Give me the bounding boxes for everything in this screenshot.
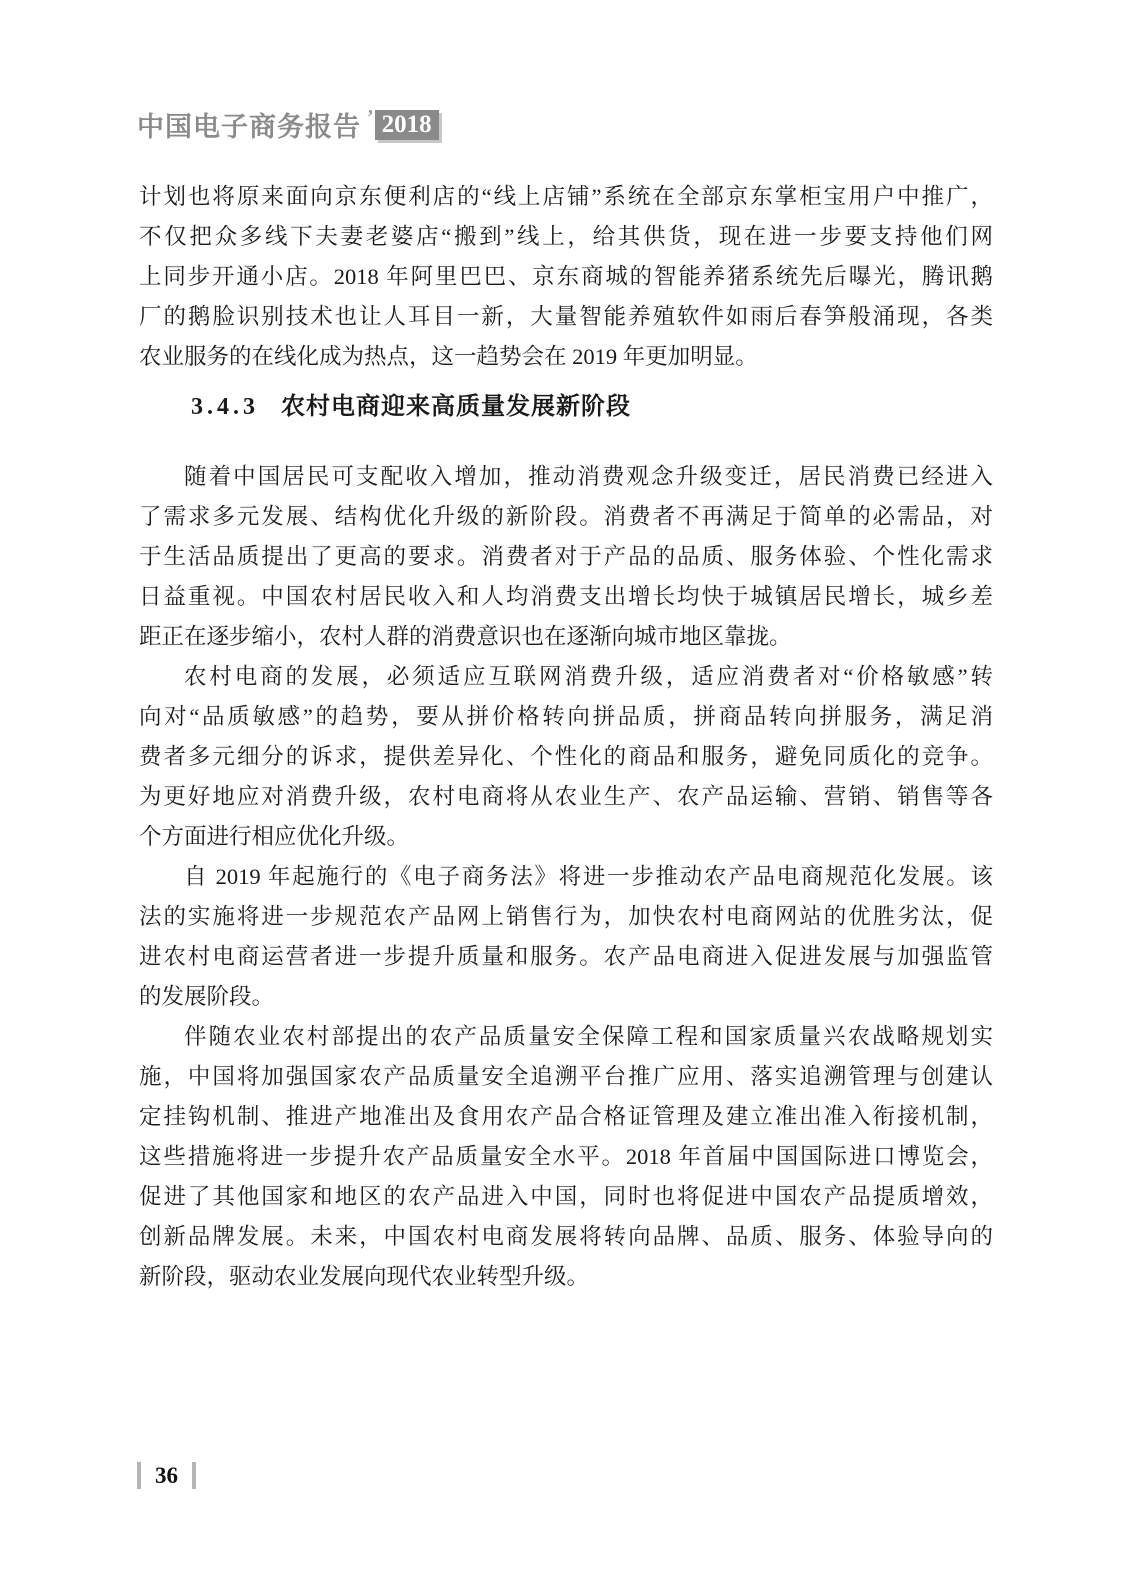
text-line: 促进了其他国家和地区的农产品进入中国，同时也将促进中国农产品提质增效， (139, 1177, 993, 1217)
text-line: 于生活品质提出了更高的要求。消费者对于产品的品质、服务体验、个性化需求 (139, 537, 993, 577)
text-line: 厂的鹅脸识别技术也让人耳目一新，大量智能养殖软件如雨后春笋般涌现，各类 (139, 297, 993, 337)
text-line: 费者多元细分的诉求，提供差异化、个性化的商品和服务，避免同质化的竞争。 (139, 737, 993, 777)
page-body: 计划也将原来面向京东便利店的“线上店铺”系统在全部京东掌柜宝用户中推广， 不仅把… (139, 177, 993, 1297)
text-line: 自 2019 年起施行的《电子商务法》将进一步推动农产品电商规范化发展。该 (139, 857, 993, 897)
report-logo: 中国电子商务报告 ’ 2018 (137, 105, 439, 144)
text-line: 随着中国居民可支配收入增加，推动消费观念升级变迁，居民消费已经进入 (139, 457, 993, 497)
logo-tick: ’ (367, 106, 374, 129)
text-line: 法的实施将进一步规范农产品网上销售行为，加快农村电商网站的优胜劣汰，促 (139, 897, 993, 937)
text-line: 新阶段，驱动农业发展向现代农业转型升级。 (139, 1257, 993, 1297)
document-page: 中国电子商务报告 ’ 2018 计划也将原来面向京东便利店的“线上店铺”系统在全… (0, 0, 1128, 1571)
text-line: 农业服务的在线化成为热点，这一趋势会在 2019 年更加明显。 (139, 337, 993, 377)
text-line: 施，中国将加强国家农产品质量安全追溯平台推广应用、落实追溯管理与创建认 (139, 1057, 993, 1097)
footer-right-bar (192, 1462, 196, 1489)
logo-title: 中国电子商务报告 (137, 105, 361, 144)
text-line: 进农村电商运营者进一步提升质量和服务。农产品电商进入促进发展与加强监管 (139, 937, 993, 977)
page-number: 36 (155, 1463, 178, 1489)
paragraph: 自 2019 年起施行的《电子商务法》将进一步推动农产品电商规范化发展。该 法的… (139, 857, 993, 1017)
text-line: 农村电商的发展，必须适应互联网消费升级，适应消费者对“价格敏感”转 (139, 657, 993, 697)
text-line: 距正在逐步缩小，农村人群的消费意识也在逐渐向城市地区靠拢。 (139, 617, 993, 657)
logo-year-badge: 2018 (375, 110, 439, 140)
text-line: 的发展阶段。 (139, 977, 993, 1017)
text-line: 不仅把众多线下夫妻老婆店“搬到”线上，给其供货，现在进一步要支持他们网 (139, 217, 993, 257)
text-line: 日益重视。中国农村居民收入和人均消费支出增长均快于城镇居民增长，城乡差 (139, 577, 993, 617)
paragraph: 随着中国居民可支配收入增加，推动消费观念升级变迁，居民消费已经进入 了需求多元发… (139, 457, 993, 657)
text-line: 了需求多元发展、结构优化升级的新阶段。消费者不再满足于简单的必需品，对 (139, 497, 993, 537)
footer-left-bar (137, 1462, 141, 1489)
text-line: 计划也将原来面向京东便利店的“线上店铺”系统在全部京东掌柜宝用户中推广， (139, 177, 993, 217)
text-line: 为更好地应对消费升级，农村电商将从农业生产、农产品运输、营销、销售等各 (139, 777, 993, 817)
paragraph: 农村电商的发展，必须适应互联网消费升级，适应消费者对“价格敏感”转 向对“品质敏… (139, 657, 993, 857)
text-line: 向对“品质敏感”的趋势，要从拼价格转向拼品质，拼商品转向拼服务，满足消 (139, 697, 993, 737)
text-line: 个方面进行相应优化升级。 (139, 817, 993, 857)
paragraph: 计划也将原来面向京东便利店的“线上店铺”系统在全部京东掌柜宝用户中推广， 不仅把… (139, 177, 993, 377)
text-line: 定挂钩机制、推进产地准出及食用农产品合格证管理及建立准出准入衔接机制， (139, 1097, 993, 1137)
text-line: 这些措施将进一步提升农产品质量安全水平。2018 年首届中国国际进口博览会， (139, 1137, 993, 1177)
text-line: 创新品牌发展。未来，中国农村电商发展将转向品牌、品质、服务、体验导向的 (139, 1217, 993, 1257)
section-title: 农村电商迎来高质量发展新阶段 (281, 393, 631, 420)
text-line: 上同步开通小店。2018 年阿里巴巴、京东商城的智能养猪系统先后曝光，腾讯鹅 (139, 257, 993, 297)
paragraph: 伴随农业农村部提出的农产品质量安全保障工程和国家质量兴农战略规划实 施，中国将加… (139, 1017, 993, 1297)
section-heading: 3.4.3农村电商迎来高质量发展新阶段 (191, 389, 993, 425)
section-number: 3.4.3 (191, 394, 259, 420)
text-line: 伴随农业农村部提出的农产品质量安全保障工程和国家质量兴农战略规划实 (139, 1017, 993, 1057)
page-footer: 36 (137, 1462, 196, 1489)
